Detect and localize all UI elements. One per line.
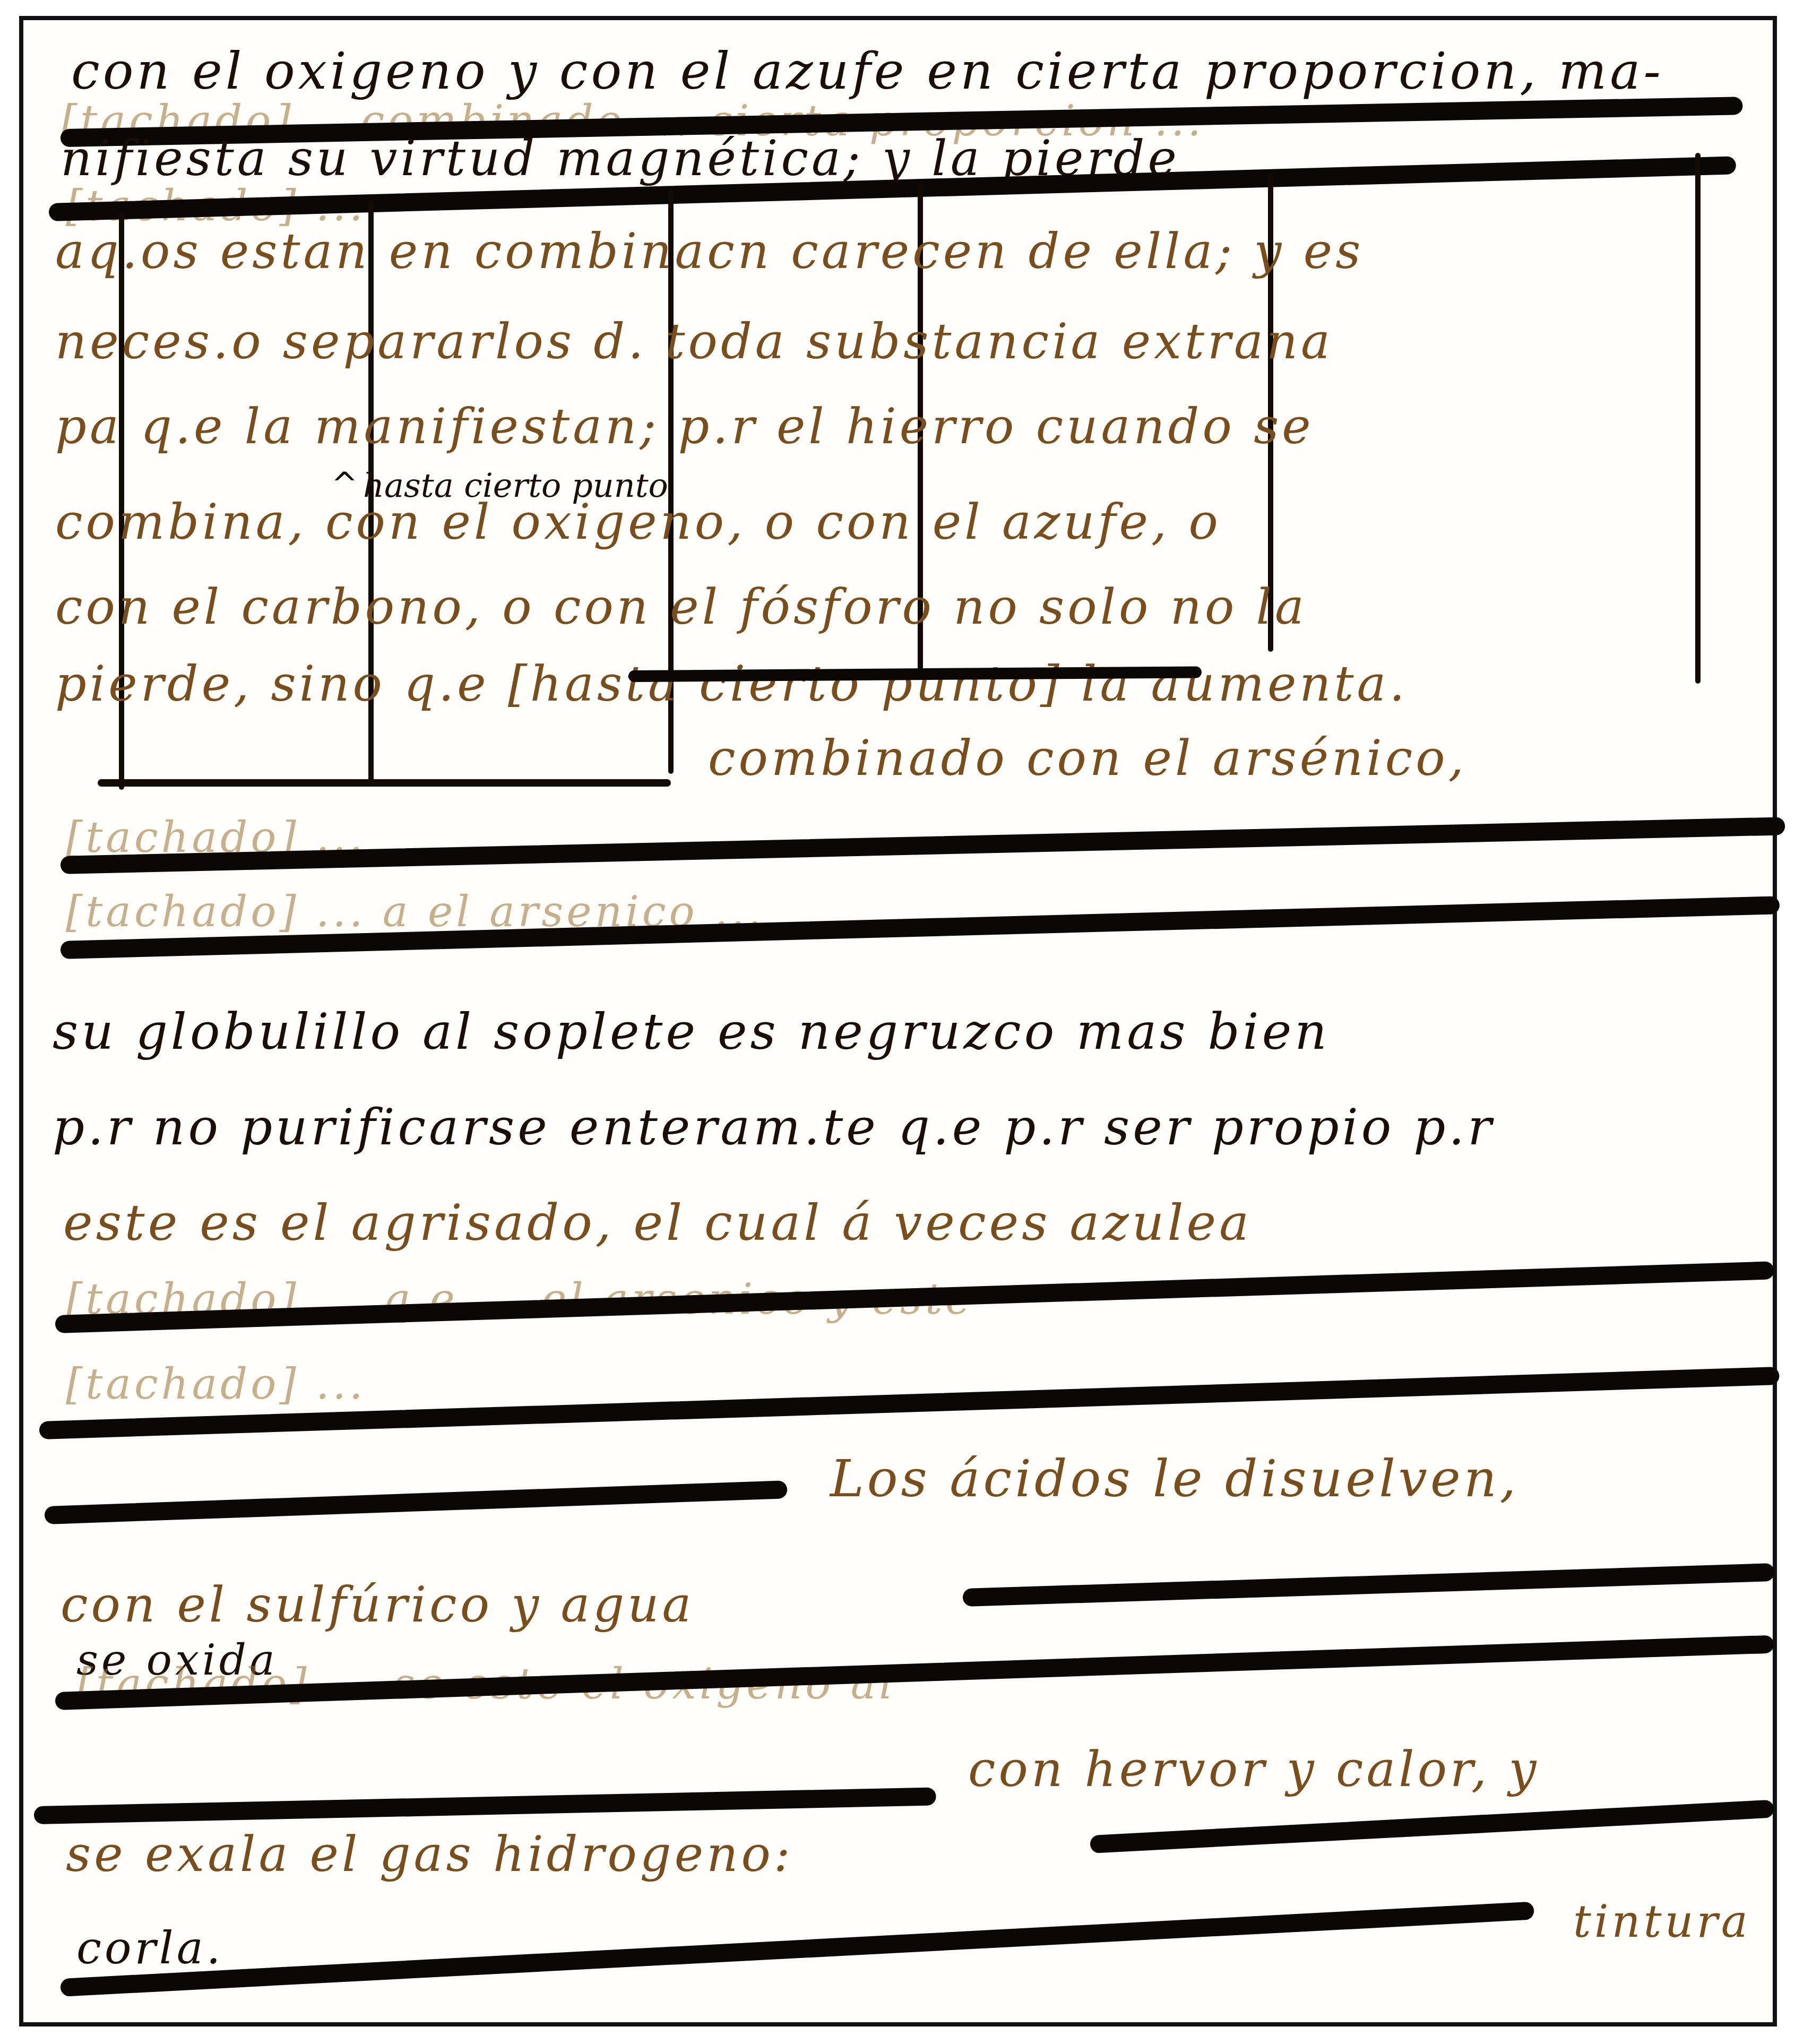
strikethrough-bar: [44, 1480, 787, 1524]
line-16: este es el agrisado, el cual á veces azu…: [63, 1198, 1252, 1248]
line-20: con el sulfúrico y agua: [61, 1581, 694, 1629]
strikethrough-bar: [60, 1902, 1534, 1997]
line-10: pierde, sino q.e [hasta cierto punto] la…: [55, 660, 1408, 709]
line-1: con el oxigeno y con el azufe en cierta …: [71, 46, 1664, 97]
line-23: con hervor y calor, y: [968, 1745, 1539, 1794]
line-3: nifiesta su virtud magnética; y la pierd…: [61, 134, 1180, 183]
line-8: combina, con el oxigeno, o con el azufe,…: [55, 498, 1221, 547]
line-9: con el carbono, o con el fósforo no solo…: [55, 583, 1307, 632]
strikethrough-bar: [1090, 1800, 1774, 1853]
line-25: tintura: [1573, 1899, 1751, 1944]
line-15: p.r no purificarse enteram.te q.e p.r se…: [53, 1103, 1495, 1153]
line-5: aq.os estan en combinacn carecen de ella…: [55, 227, 1363, 276]
line-24: se exala el gas hidrogeno:: [66, 1830, 793, 1879]
line-6: neces.o separarlos d. toda substancia ex…: [55, 317, 1333, 366]
line-18-struck-text: [tachado] ...: [66, 1363, 366, 1405]
line-7: pa q.e la manifiestan; p.r el hierro cua…: [55, 402, 1314, 451]
line-19: Los ácidos le disuelven,: [830, 1453, 1519, 1504]
line-26: corla.: [76, 1926, 223, 1970]
strikethrough-bar: [962, 1563, 1774, 1607]
table-vline-6: [1695, 153, 1701, 684]
table-bottom-line: [98, 779, 671, 787]
line-14: su globulillo al soplete es negruzco mas…: [53, 1007, 1330, 1057]
manuscript-page: con el oxigeno y con el azufe en cierta …: [19, 16, 1777, 2026]
line-11: combinado con el arsénico,: [708, 734, 1467, 783]
strikethrough-bar: [34, 1787, 936, 1824]
